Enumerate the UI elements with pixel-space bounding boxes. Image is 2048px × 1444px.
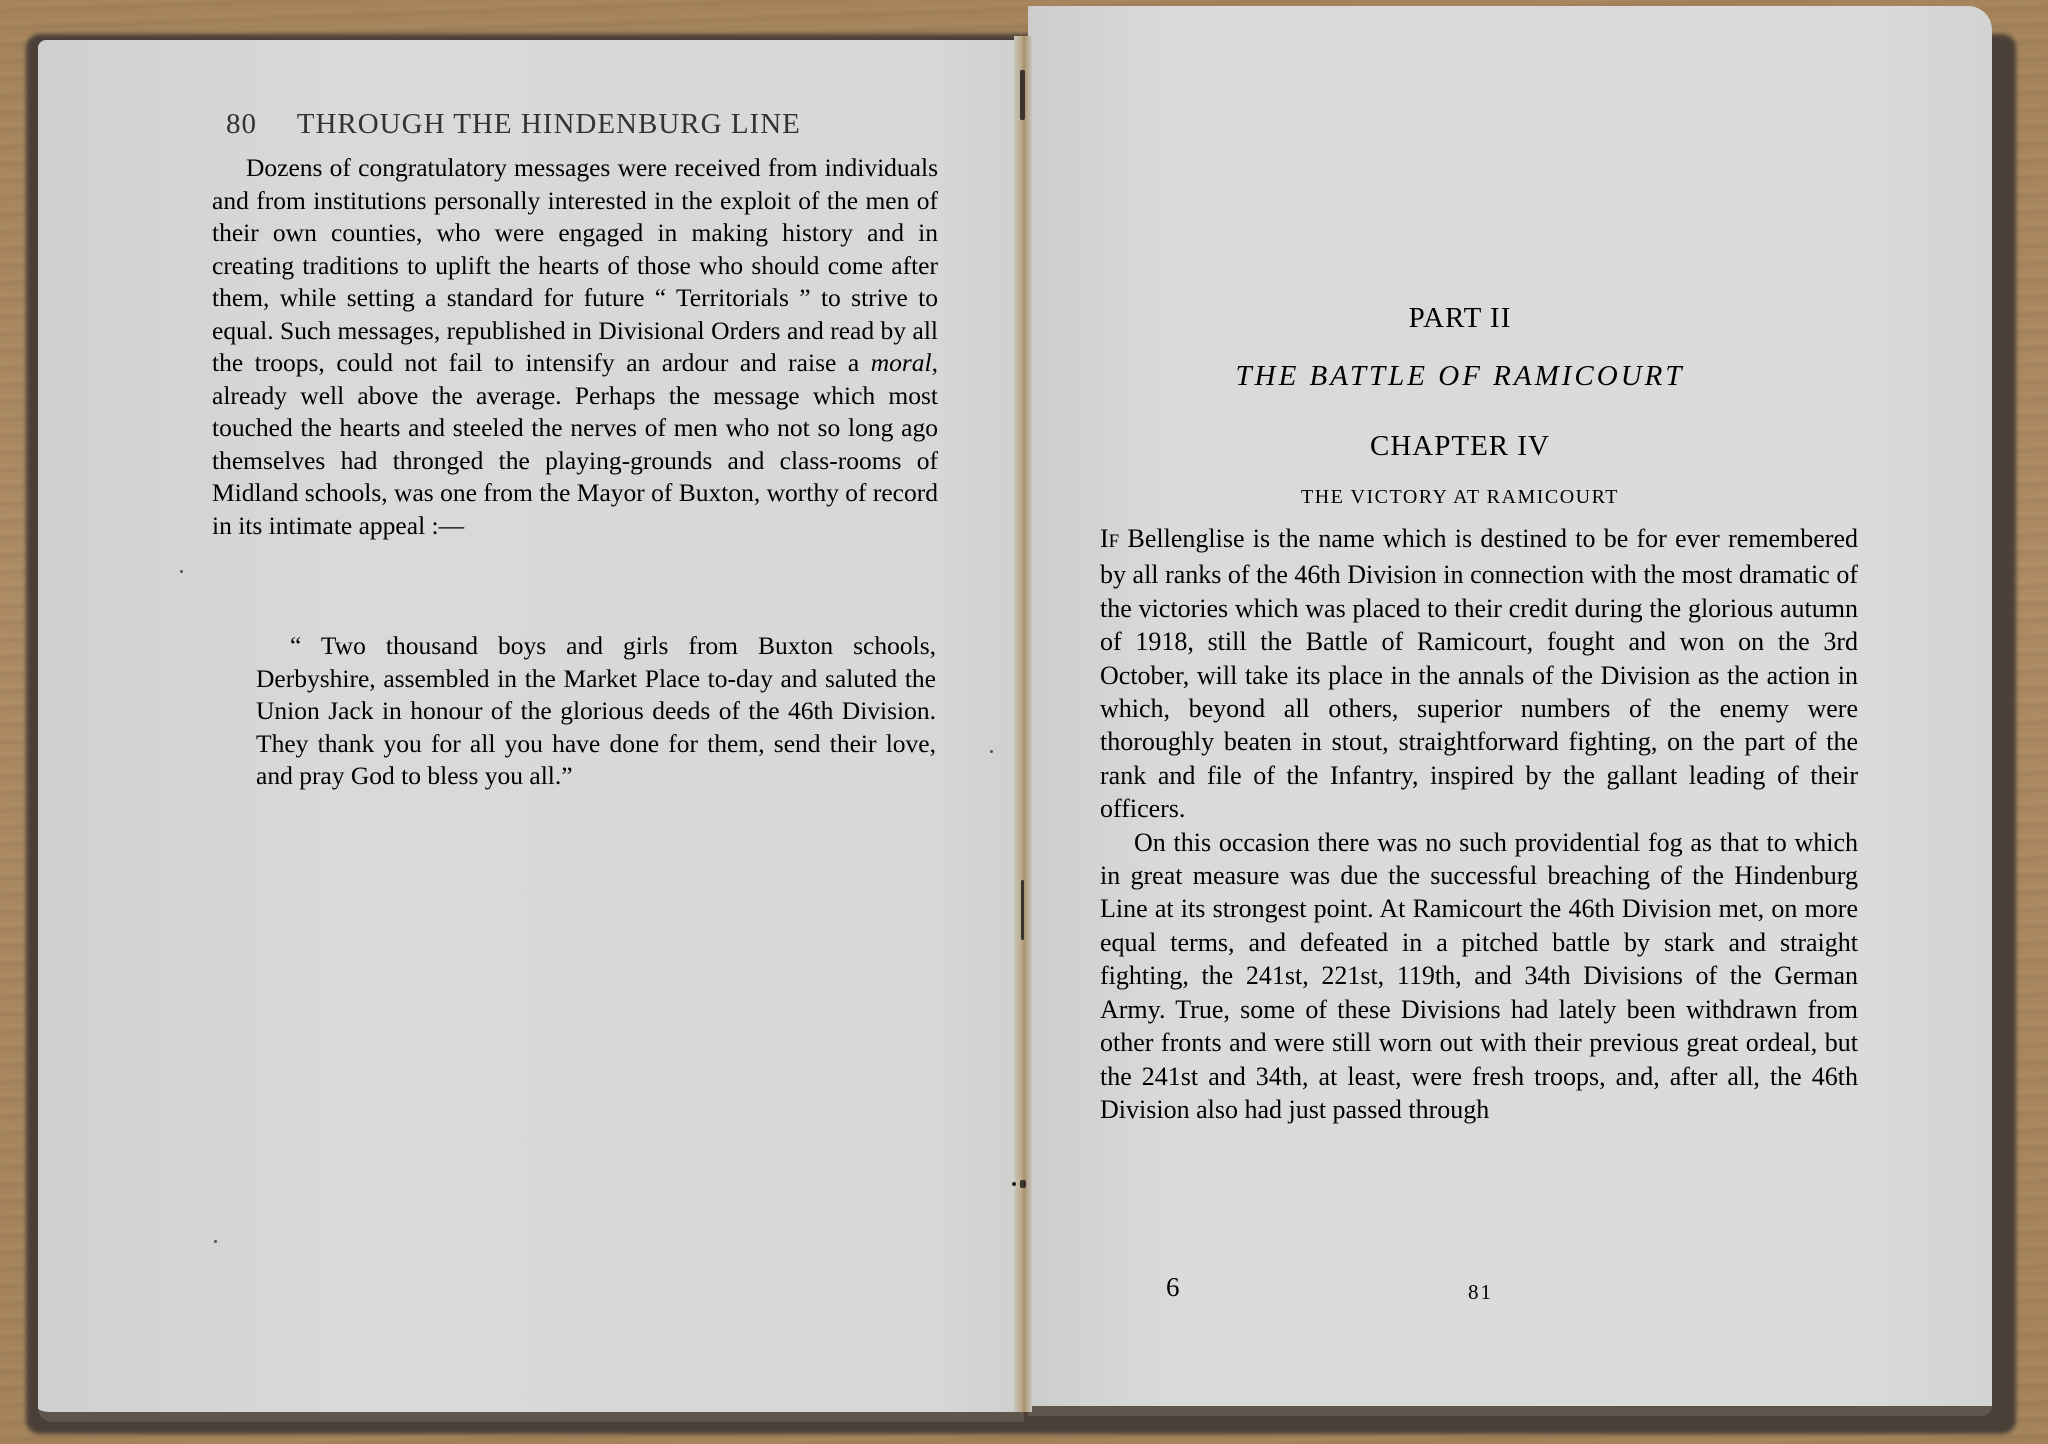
part-title: THE BATTLE OF RAMICOURT [1100, 360, 1820, 393]
left-page-number: 80 [226, 108, 257, 140]
italic-word: moral [871, 348, 932, 377]
paper-speck [180, 570, 183, 573]
spine-stain [1020, 1180, 1026, 1188]
spine-stain [1020, 70, 1025, 120]
paper-speck [1012, 1182, 1016, 1186]
right-paragraph-2: On this occasion there was no such provi… [1100, 826, 1858, 1127]
right-page-number: 81 [1468, 1280, 1493, 1305]
paper-speck [990, 750, 993, 753]
spine-stain [1021, 880, 1024, 940]
chapter-title: THE VICTORY AT RAMICOURT [1100, 486, 1820, 509]
book-spine [1014, 36, 1032, 1412]
left-paragraph: Dozens of congratulatory messages were r… [212, 152, 938, 542]
part-heading: PART II [1100, 302, 1820, 335]
left-body-text: Dozens of congratulatory messages were r… [212, 152, 938, 542]
chapter-heading: CHAPTER IV [1100, 430, 1820, 463]
running-head: 80 THROUGH THE HINDENBURG LINE [226, 108, 801, 141]
paper-speck [214, 1240, 217, 1243]
signature-mark: 6 [1166, 1272, 1180, 1303]
mayor-quote: “ Two thousand boys and girls from Buxto… [256, 630, 936, 793]
book-title-header: THROUGH THE HINDENBURG LINE [297, 108, 801, 140]
right-paragraph-1: IF Bellenglise is the name which is dest… [1100, 522, 1858, 826]
right-body-text: IF Bellenglise is the name which is dest… [1100, 522, 1858, 1126]
